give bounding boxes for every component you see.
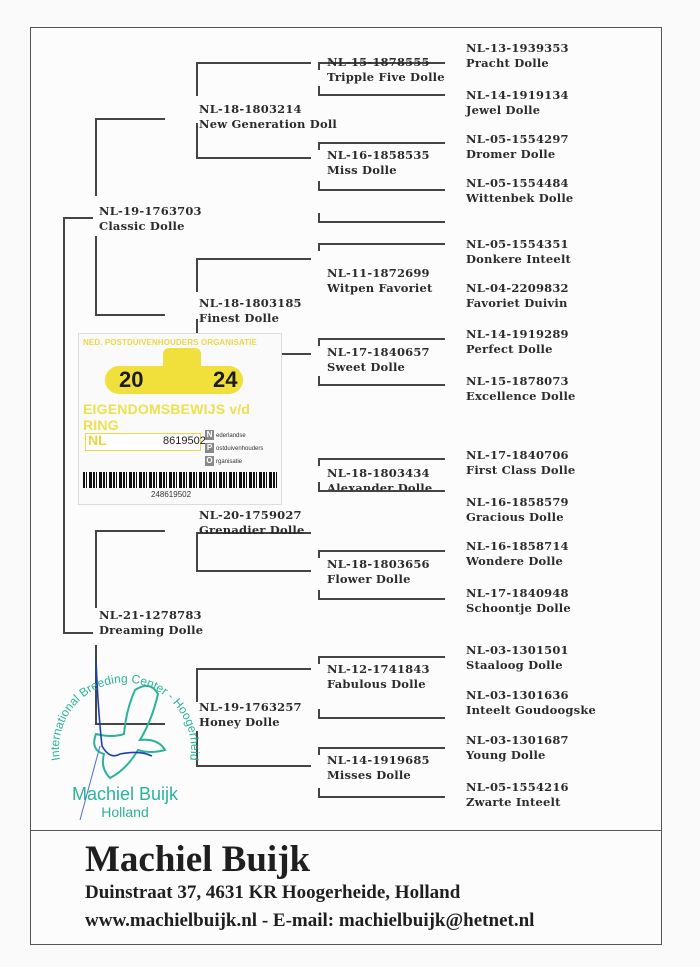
pigeon-name: Pracht Dolle xyxy=(466,56,569,71)
ring-number: NL-05-1554484 xyxy=(466,176,573,191)
bracket-line xyxy=(196,258,311,260)
bracket-line xyxy=(318,62,320,70)
ring-number: NL-03-1301501 xyxy=(466,643,569,658)
bracket-line xyxy=(318,550,320,558)
bracket-line xyxy=(196,62,198,96)
ring-number: NL-18-1803214 xyxy=(199,102,337,117)
pigeon-name: Excellence Dolle xyxy=(466,389,576,404)
bracket-line xyxy=(318,142,445,144)
ancestor-gen3: NL-15-1878555Tripple Five Dolle xyxy=(327,55,445,85)
pigeon-name: First Class Dolle xyxy=(466,463,575,478)
ancestor-gen4: NL-05-1554216Zwarte Inteelt xyxy=(466,780,569,810)
bracket-line xyxy=(63,217,93,219)
pigeon-name: Flower Dolle xyxy=(327,572,430,587)
pigeon-name: Dromer Dolle xyxy=(466,147,569,162)
barcode-number: 248619502 xyxy=(151,490,191,499)
ring-number: NL-19-1763257 xyxy=(199,700,302,715)
pigeon-name: Classic Dolle xyxy=(99,219,202,234)
bracket-line xyxy=(95,118,97,196)
ancestor-gen3: NL-14-1919685Misses Dolle xyxy=(327,753,430,783)
bracket-line xyxy=(318,656,320,664)
pigeon-name: Tripple Five Dolle xyxy=(327,70,445,85)
ring-number: NL-21-1278783 xyxy=(99,608,203,623)
bracket-line xyxy=(196,62,311,64)
ancestor-gen2: NL-20-1759027Grenadier Dolle xyxy=(199,508,305,538)
ring-number: NL-05-1554297 xyxy=(466,132,569,147)
ring-number: NL-16-1858579 xyxy=(466,495,569,510)
breeding-center-stamp-icon: International Breeding Center - Hoogerhe… xyxy=(40,650,210,820)
bracket-line xyxy=(318,458,445,460)
ancestor-gen4: NL-17-1840706First Class Dolle xyxy=(466,448,575,478)
bracket-line xyxy=(318,590,320,598)
pigeon-name: Zwarte Inteelt xyxy=(466,795,569,810)
npo-line-o: Organisatie xyxy=(205,456,242,466)
ring-number: NL-12-1741843 xyxy=(327,662,430,677)
bracket-line xyxy=(196,157,311,159)
pigeon-name: Witpen Favoriet xyxy=(327,281,433,296)
parent: NL-19-1763703Classic Dolle xyxy=(99,204,202,234)
bracket-line xyxy=(318,94,445,96)
bracket-line xyxy=(63,632,93,634)
stamp-name: Machiel Buijk xyxy=(72,784,179,804)
pigeon-name: Donkere Inteelt xyxy=(466,252,571,267)
ancestor-gen3: NL-17-1840657Sweet Dolle xyxy=(327,345,430,375)
ring-number: NL-15-1878073 xyxy=(466,374,576,389)
ring-number: NL-14-1919134 xyxy=(466,88,569,103)
barcode xyxy=(83,472,277,488)
ancestor-gen4: NL-17-1840948Schoontje Dolle xyxy=(466,586,571,616)
pigeon-name: Wittenbek Dolle xyxy=(466,191,573,206)
bracket-line xyxy=(196,536,198,570)
bracket-line xyxy=(318,747,320,755)
ring-number: NL-17-1840948 xyxy=(466,586,571,601)
bracket-line xyxy=(318,189,445,191)
bracket-line xyxy=(196,258,198,292)
bracket-line xyxy=(318,243,320,251)
ring-card-org: NED. POSTDUIVENHOUDERS ORGANISATIE xyxy=(83,338,257,347)
bracket-line xyxy=(318,213,320,221)
pigeon-name: Staaloog Dolle xyxy=(466,658,569,673)
ancestor-gen4: NL-03-1301636Inteelt Goudoogske xyxy=(466,688,596,718)
footer-contact: www.machielbuijk.nl - E-mail: machielbui… xyxy=(85,910,534,932)
ring-number: NL-04-2209832 xyxy=(466,281,569,296)
ancestor-gen4: NL-16-1858579Gracious Dolle xyxy=(466,495,569,525)
ring-number: NL-17-1840706 xyxy=(466,448,575,463)
bracket-line xyxy=(318,788,320,796)
bracket-line xyxy=(318,243,445,245)
bracket-line xyxy=(318,376,320,384)
ring-card-year-right: 24 xyxy=(213,367,237,393)
pigeon-name: Sweet Dolle xyxy=(327,360,430,375)
bracket-line xyxy=(318,656,445,658)
bracket-line xyxy=(318,482,320,490)
footer-name: Machiel Buijk xyxy=(85,838,310,881)
ancestor-gen4: NL-13-1939353Pracht Dolle xyxy=(466,41,569,71)
ancestor-gen4: NL-14-1919134Jewel Dolle xyxy=(466,88,569,118)
ancestor-gen4: NL-05-1554351Donkere Inteelt xyxy=(466,237,571,267)
bracket-line xyxy=(318,338,445,340)
stamp-arc-text: International Breeding Center - Hoogerhe… xyxy=(40,650,202,762)
ring-card-title: EIGENDOMSBEWIJS v/d RING xyxy=(83,401,281,433)
ancestor-gen4: NL-04-2209832Favoriet Duivin xyxy=(466,281,569,311)
ring-number: NL-11-1872699 xyxy=(327,266,433,281)
ancestor-gen4: NL-16-1858714Wondere Dolle xyxy=(466,539,569,569)
footer-divider xyxy=(30,830,662,831)
bracket-line xyxy=(95,236,97,314)
parent: NL-21-1278783Dreaming Dolle xyxy=(99,608,203,638)
ancestor-gen2: NL-18-1803214New Generation Doll xyxy=(199,102,337,132)
ring-number: NL-03-1301687 xyxy=(466,733,569,748)
bracket-line xyxy=(95,530,165,532)
ring-number: NL-14-1919289 xyxy=(466,327,569,342)
ring-number: NL-18-1803185 xyxy=(199,296,302,311)
pigeon-name: Jewel Dolle xyxy=(466,103,569,118)
ancestor-gen4: NL-14-1919289Perfect Dolle xyxy=(466,327,569,357)
bracket-line xyxy=(95,118,165,120)
ring-number: NL-03-1301636 xyxy=(466,688,596,703)
bracket-line xyxy=(318,717,445,719)
lion-crest-icon xyxy=(163,348,201,392)
ring-card-number: 8619502 xyxy=(163,435,206,447)
ancestor-gen2: NL-18-1803185Finest Dolle xyxy=(199,296,302,326)
ring-number: NL-05-1554351 xyxy=(466,237,571,252)
bracket-line xyxy=(318,384,445,386)
pigeon-name: New Generation Doll xyxy=(199,117,337,132)
ring-card-year-left: 20 xyxy=(119,367,143,393)
ring-number: NL-16-1858714 xyxy=(466,539,569,554)
pigeon-name: Dreaming Dolle xyxy=(99,623,203,638)
bracket-line xyxy=(63,217,65,633)
bracket-line xyxy=(318,181,320,189)
bracket-line xyxy=(318,490,445,492)
pigeon-name: Grenadier Dolle xyxy=(199,523,305,538)
ring-card-country: NL xyxy=(88,432,107,448)
pigeon-name: Schoontje Dolle xyxy=(466,601,571,616)
bracket-line xyxy=(196,570,311,572)
bracket-line xyxy=(196,668,311,670)
npo-line-n: Nederlandse xyxy=(205,430,246,440)
bracket-line xyxy=(95,314,165,316)
ancestor-gen4: NL-03-1301501Staaloog Dolle xyxy=(466,643,569,673)
bracket-line xyxy=(318,221,445,223)
bracket-line xyxy=(196,123,198,157)
svg-text:International Breeding Center: International Breeding Center - Hoogerhe… xyxy=(40,650,202,762)
pigeon-name: Miss Dolle xyxy=(327,163,430,178)
pigeon-name: Finest Dolle xyxy=(199,311,302,326)
ancestor-gen3: NL-11-1872699Witpen Favoriet xyxy=(327,266,433,296)
ancestor-gen3: NL-16-1858535Miss Dolle xyxy=(327,148,430,178)
bracket-line xyxy=(318,550,445,552)
bracket-line xyxy=(318,458,320,466)
ancestor-gen2: NL-19-1763257Honey Dolle xyxy=(199,700,302,730)
pigeon-name: Favoriet Duivin xyxy=(466,296,569,311)
bracket-line xyxy=(318,338,320,346)
bracket-line xyxy=(318,86,320,94)
ring-number: NL-19-1763703 xyxy=(99,204,202,219)
bracket-line xyxy=(318,747,445,749)
ring-number: NL-14-1919685 xyxy=(327,753,430,768)
pigeon-name: Wondere Dolle xyxy=(466,554,569,569)
bracket-line xyxy=(318,709,320,717)
ring-number: NL-05-1554216 xyxy=(466,780,569,795)
bracket-line xyxy=(318,598,445,600)
pigeon-name: Misses Dolle xyxy=(327,768,430,783)
pigeon-name: Honey Dolle xyxy=(199,715,302,730)
pigeon-name: Perfect Dolle xyxy=(466,342,569,357)
bracket-line xyxy=(95,530,97,608)
pigeon-name: Inteelt Goudoogske xyxy=(466,703,596,718)
stamp-country: Holland xyxy=(101,804,148,820)
ancestor-gen4: NL-05-1554297Dromer Dolle xyxy=(466,132,569,162)
ring-number: NL-18-1803656 xyxy=(327,557,430,572)
ring-number: NL-18-1803434 xyxy=(327,466,432,481)
ring-number: NL-15-1878555 xyxy=(327,55,445,70)
ancestor-gen3: NL-12-1741843Fabulous Dolle xyxy=(327,662,430,692)
ancestor-gen3: NL-18-1803434Alexander Dolle xyxy=(327,466,432,496)
ancestor-gen3: NL-18-1803656Flower Dolle xyxy=(327,557,430,587)
bracket-line xyxy=(318,142,320,150)
ancestor-gen4: NL-05-1554484Wittenbek Dolle xyxy=(466,176,573,206)
pigeon-name: Alexander Dolle xyxy=(327,481,432,496)
bracket-line xyxy=(196,765,311,767)
pigeon-name: Gracious Dolle xyxy=(466,510,569,525)
bracket-line xyxy=(318,796,445,798)
ancestor-gen4: NL-03-1301687Young Dolle xyxy=(466,733,569,763)
ring-number: NL-13-1939353 xyxy=(466,41,569,56)
ring-number: NL-16-1858535 xyxy=(327,148,430,163)
footer-address: Duinstraat 37, 4631 KR Hoogerheide, Holl… xyxy=(85,882,460,904)
pigeon-name: Fabulous Dolle xyxy=(327,677,430,692)
ring-ownership-card: NED. POSTDUIVENHOUDERS ORGANISATIE 20 24… xyxy=(78,333,282,505)
ring-number: NL-17-1840657 xyxy=(327,345,430,360)
pigeon-name: Young Dolle xyxy=(466,748,569,763)
ring-number: NL-20-1759027 xyxy=(199,508,305,523)
ancestor-gen4: NL-15-1878073Excellence Dolle xyxy=(466,374,576,404)
npo-line-p: Postduivenhouders xyxy=(205,443,263,453)
